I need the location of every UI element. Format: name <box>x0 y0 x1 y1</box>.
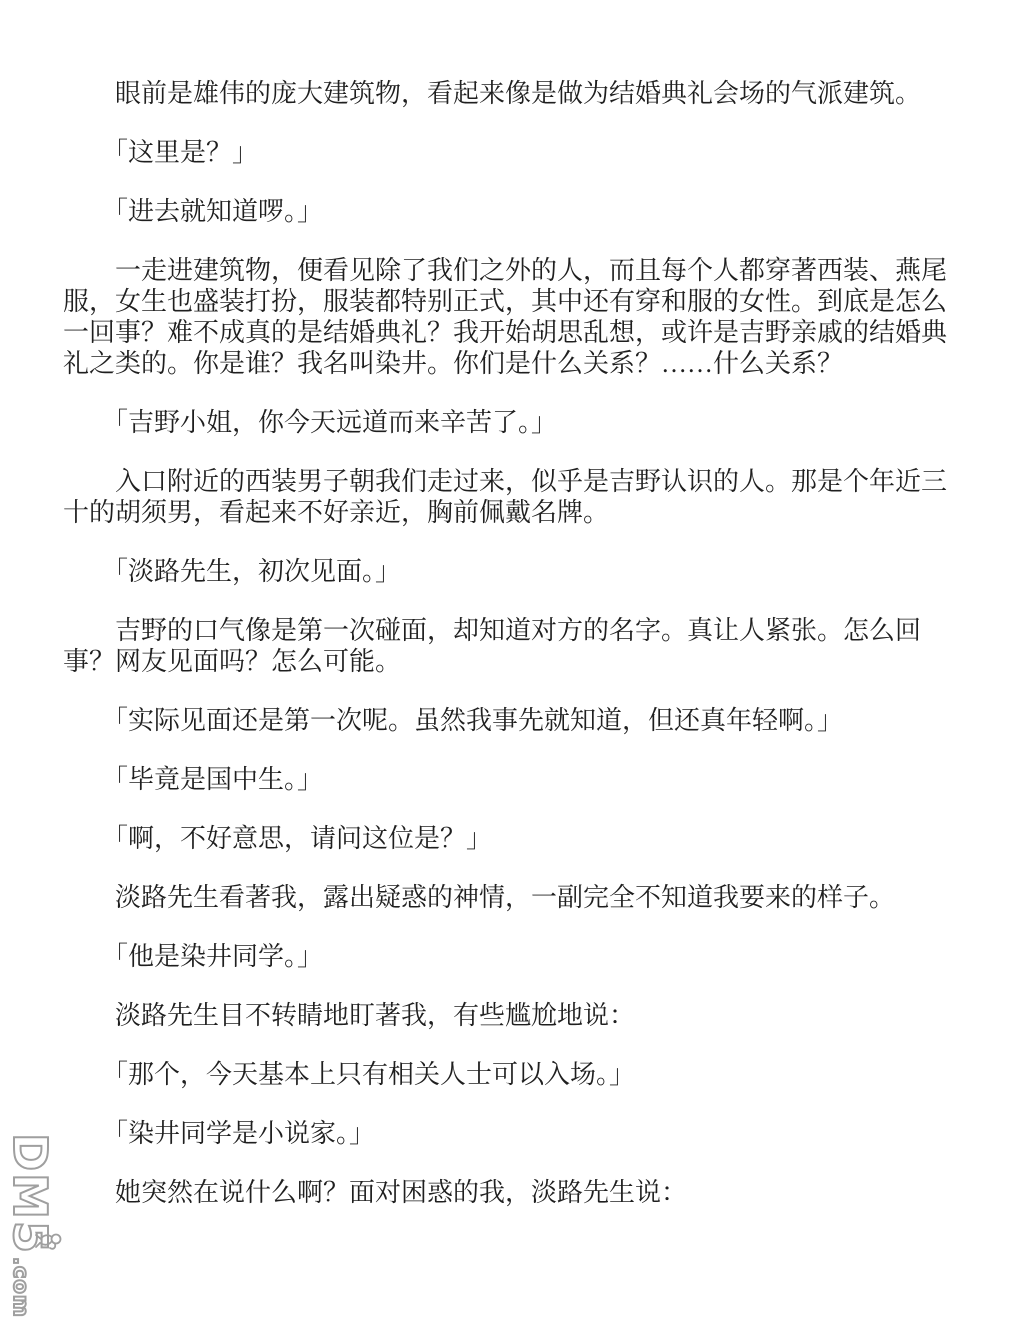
watermark-monkey-icon <box>33 1229 63 1255</box>
novel-text-page: 眼前是雄伟的庞大建筑物，看起来像是做为结婚典礼会场的气派建筑。 「这里是？」 「… <box>63 78 963 1236</box>
narration-paragraph: 淡路先生目不转睛地盯著我，有些尴尬地说： <box>63 1000 963 1031</box>
narration-paragraph: 入口附近的西装男子朝我们走过来，似乎是吉野认识的人。那是个年近三 十的胡须男，看… <box>63 466 963 528</box>
dialogue-line: 「进去就知道啰。」 <box>63 196 963 227</box>
dialogue-line: 「吉野小姐，你今天远道而来辛苦了。」 <box>63 407 963 438</box>
dialogue-line: 「实际见面还是第一次呢。虽然我事先就知道，但还真年轻啊。」 <box>63 705 963 736</box>
narration-paragraph: 吉野的口气像是第一次碰面，却知道对方的名字。真让人紧张。怎么回 事？网友见面吗？… <box>63 615 963 677</box>
narration-paragraph: 她突然在说什么啊？面对困惑的我，淡路先生说： <box>63 1177 963 1208</box>
dialogue-line: 「他是染井同学。」 <box>63 941 963 972</box>
narration-paragraph: 眼前是雄伟的庞大建筑物，看起来像是做为结婚典礼会场的气派建筑。 <box>63 78 963 109</box>
dialogue-line: 「染井同学是小说家。」 <box>63 1118 963 1149</box>
narration-paragraph: 淡路先生看著我，露出疑惑的神情，一副完全不知道我要来的样子。 <box>63 882 963 913</box>
dialogue-line: 「毕竟是国中生。」 <box>63 764 963 795</box>
dm5-watermark-logo: DM5.com <box>5 1133 57 1317</box>
dialogue-line: 「这里是？」 <box>63 137 963 168</box>
dialogue-line: 「那个，今天基本上只有相关人士可以入场。」 <box>63 1059 963 1090</box>
watermark-text-suffix: .com <box>9 1257 33 1318</box>
dialogue-line: 「啊，不好意思，请问这位是？」 <box>63 823 963 854</box>
dialogue-line: 「淡路先生，初次见面。」 <box>63 556 963 587</box>
narration-paragraph: 一走进建筑物，便看见除了我们之外的人，而且每个人都穿著西装、燕尾 服，女生也盛装… <box>63 255 963 379</box>
